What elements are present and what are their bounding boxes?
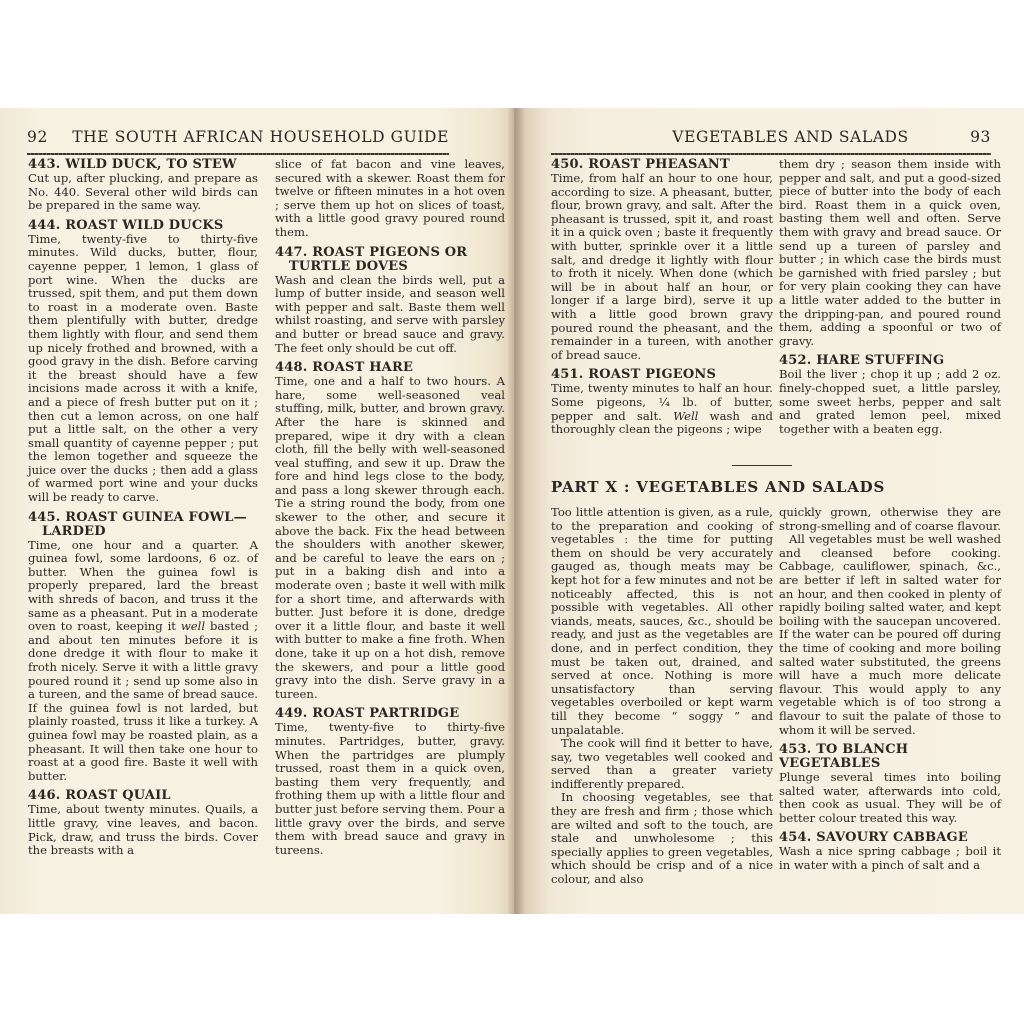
recipe-body: slice of fat bacon and vine leaves, secu…	[275, 158, 505, 240]
recipe-title-line-1: 447. ROAST PIGEONS OR	[275, 245, 467, 260]
body-text: basted ; and about ten minutes before it…	[28, 619, 258, 783]
recipe-453: 453. TO BLANCH VEGETABLES Plunge several…	[779, 743, 1001, 825]
recipe-title-line-2: LARDED	[28, 525, 258, 539]
part-x-column-1: Too little attention is given, as a rule…	[551, 506, 773, 887]
recipe-body: Time, one and a half to two hours. A har…	[275, 375, 505, 701]
recipe-title: 446. ROAST QUAIL	[28, 789, 258, 803]
recipe-445: 445. ROAST GUINEA FOWL— LARDED Time, one…	[28, 511, 258, 784]
left-column-1: 443. WILD DUCK, TO STEW Cut up, after pl…	[28, 158, 258, 864]
recipe-body: Time, about twenty minutes. Quails, a li…	[28, 803, 258, 857]
right-header-rule	[551, 153, 991, 155]
recipe-447: 447. ROAST PIGEONS OR TURTLE DOVES Wash …	[275, 246, 505, 356]
right-running-head: VEGETABLES AND SALADS 93	[551, 128, 991, 150]
part-intro: Too little attention is given, as a rule…	[551, 506, 773, 887]
recipe-443: 443. WILD DUCK, TO STEW Cut up, after pl…	[28, 158, 258, 213]
recipe-title-line-2: TURTLE DOVES	[275, 260, 505, 274]
recipe-450: 450. ROAST PHEASANT Time, from half an h…	[551, 158, 773, 362]
right-page: VEGETABLES AND SALADS 93 450. ROAST PHEA…	[514, 108, 1024, 914]
recipe-448: 448. ROAST HARE Time, one and a half to …	[275, 361, 505, 701]
section-divider-rule	[732, 465, 792, 466]
right-page-number: 93	[970, 128, 991, 146]
part-intro-continued: quickly grown, otherwise they are strong…	[779, 506, 1001, 737]
intro-paragraph: quickly grown, otherwise they are strong…	[779, 506, 1001, 533]
recipe-444: 444. ROAST WILD DUCKS Time, twenty-five …	[28, 219, 258, 505]
recipe-body: Time, twenty-five to thirty-five minutes…	[275, 721, 505, 857]
emphasis-text: well	[181, 619, 205, 633]
recipe-body: Time, twenty-five to thirty-five minutes…	[28, 233, 258, 505]
left-page-number: 92	[27, 128, 48, 146]
recipe-title: 448. ROAST HARE	[275, 361, 505, 375]
recipe-title: 444. ROAST WILD DUCKS	[28, 219, 258, 233]
recipe-title: 450. ROAST PHEASANT	[551, 158, 773, 172]
recipe-title: 445. ROAST GUINEA FOWL— LARDED	[28, 511, 258, 539]
recipe-451: 451. ROAST PIGEONS Time, twenty minutes …	[551, 368, 773, 436]
part-heading: PART X : VEGETABLES AND SALADS	[551, 478, 1001, 496]
open-book-spread: 92 THE SOUTH AFRICAN HOUSEHOLD GUIDE 443…	[0, 108, 1024, 914]
right-column-1: 450. ROAST PHEASANT Time, from half an h…	[551, 158, 773, 443]
recipe-title: 454. SAVOURY CABBAGE	[779, 831, 1001, 845]
intro-paragraph: The cook will find it better to have, sa…	[551, 737, 773, 791]
recipe-title: 452. HARE STUFFING	[779, 354, 1001, 368]
recipe-body: Plunge several times into boiling salted…	[779, 771, 1001, 825]
left-running-head: 92 THE SOUTH AFRICAN HOUSEHOLD GUIDE	[27, 128, 449, 150]
recipe-body: Cut up, after plucking, and prepare as N…	[28, 172, 258, 213]
recipe-446-continued: slice of fat bacon and vine leaves, secu…	[275, 158, 505, 240]
intro-paragraph: In choosing vegetables, see that they ar…	[551, 791, 773, 886]
recipe-body: them dry ; season them inside with peppe…	[779, 158, 1001, 348]
intro-paragraph: All vegetables must be well washed and c…	[779, 533, 1001, 737]
recipe-446: 446. ROAST QUAIL Time, about twenty minu…	[28, 789, 258, 857]
recipe-body: Time, from half an hour to one hour, acc…	[551, 172, 773, 362]
part-intro-body: quickly grown, otherwise they are strong…	[779, 506, 1001, 737]
right-running-title: VEGETABLES AND SALADS	[672, 128, 909, 146]
left-header-rule	[27, 153, 449, 155]
part-x-column-2: quickly grown, otherwise they are strong…	[779, 506, 1001, 879]
recipe-title-line-1: 445. ROAST GUINEA FOWL—	[28, 510, 247, 525]
left-column-2: slice of fat bacon and vine leaves, secu…	[275, 158, 505, 863]
recipe-title: 449. ROAST PARTRIDGE	[275, 707, 505, 721]
recipe-title: 447. ROAST PIGEONS OR TURTLE DOVES	[275, 246, 505, 274]
recipe-452: 452. HARE STUFFING Boil the liver ; chop…	[779, 354, 1001, 436]
recipe-title: 451. ROAST PIGEONS	[551, 368, 773, 382]
right-column-2: them dry ; season them inside with peppe…	[779, 158, 1001, 442]
left-page: 92 THE SOUTH AFRICAN HOUSEHOLD GUIDE 443…	[0, 108, 514, 914]
recipe-body: Time, one hour and a quarter. A guinea f…	[28, 539, 258, 784]
intro-paragraph: Too little attention is given, as a rule…	[551, 506, 773, 737]
recipe-454: 454. SAVOURY CABBAGE Wash a nice spring …	[779, 831, 1001, 872]
recipe-body: Wash and clean the birds well, put a lum…	[275, 274, 505, 356]
recipe-title: 443. WILD DUCK, TO STEW	[28, 158, 258, 172]
left-running-title: THE SOUTH AFRICAN HOUSEHOLD GUIDE	[72, 128, 449, 146]
recipe-451-continued: them dry ; season them inside with peppe…	[779, 158, 1001, 348]
emphasis-text: Well	[673, 409, 698, 423]
book-gutter	[508, 108, 524, 914]
recipe-body: Wash a nice spring cabbage ; boil it in …	[779, 845, 1001, 872]
recipe-449: 449. ROAST PARTRIDGE Time, twenty-five t…	[275, 707, 505, 857]
recipe-body: Boil the liver ; chop it up ; add 2 oz. …	[779, 368, 1001, 436]
recipe-body: Time, twenty minutes to half an hour. So…	[551, 382, 773, 436]
recipe-title: 453. TO BLANCH VEGETABLES	[779, 743, 1001, 771]
